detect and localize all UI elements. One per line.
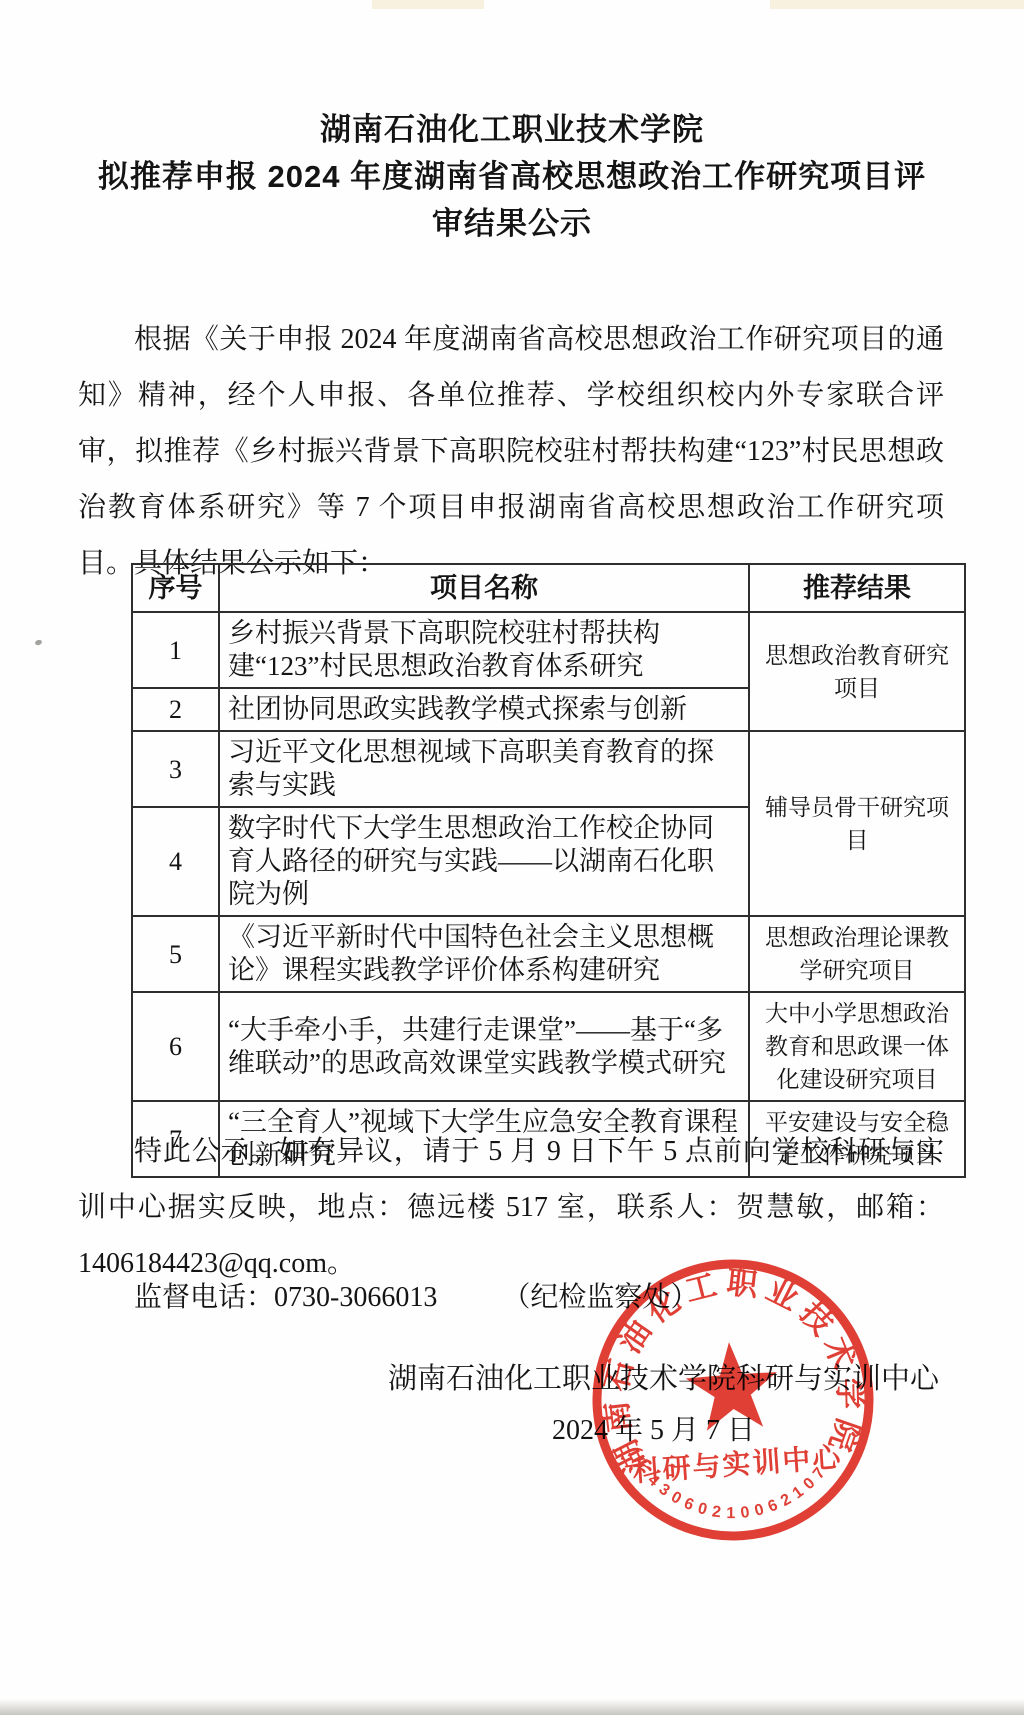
signature-org: 湖南石油化工职业技术学院科研与实训中心 (388, 1356, 939, 1397)
seal-code: 43060210062107 (643, 1459, 835, 1528)
title-line-1: 湖南石油化工职业技术学院 (78, 106, 946, 153)
cell-result: 思想政治教育研究项目 (749, 612, 965, 731)
cell-result: 思想政治理论课教学研究项目 (749, 916, 965, 992)
title-line-3: 审结果公示 (78, 200, 946, 247)
table-row: 6“大手牵小手，共建行走课堂”——基于“多维联动”的思政高效课堂实践教学模式研究… (132, 992, 965, 1101)
supervision-line: 监督电话：0730-3066013 （纪检监察处） (78, 1278, 698, 1318)
svg-text:43060210062107: 43060210062107 (643, 1459, 835, 1528)
results-table: 序号项目名称推荐结果 1乡村振兴背景下高职院校驻村帮扶构建“123”村民思想政治… (131, 563, 966, 1178)
cell-name: 社团协同思政实践教学模式探索与创新 (219, 688, 749, 731)
title-line-2: 拟推荐申报 2024 年度湖南省高校思想政治工作研究项目评 (78, 153, 946, 200)
scan-artifact-dot (34, 639, 42, 646)
cell-name: “大手牵小手，共建行走课堂”——基于“多维联动”的思政高效课堂实践教学模式研究 (219, 992, 749, 1101)
supervision-phone: 监督电话：0730-3066013 (134, 1282, 437, 1313)
closing-paragraph: 特此公示。如有异议，请于 5 月 9 日下午 5 点前向学校科研与实训中心据实反… (78, 1124, 944, 1292)
cell-result: 大中小学思想政治教育和思政课一体化建设研究项目 (749, 992, 965, 1101)
cell-name: 《习近平新时代中国特色社会主义思想概论》课程实践教学评价体系构建研究 (219, 916, 749, 992)
cell-name: 乡村振兴背景下高职院校驻村帮扶构建“123”村民思想政治教育体系研究 (219, 612, 749, 688)
table-row: 5《习近平新时代中国特色社会主义思想概论》课程实践教学评价体系构建研究思想政治理… (132, 916, 965, 992)
results-table-body: 1乡村振兴背景下高职院校驻村帮扶构建“123”村民思想政治教育体系研究思想政治教… (132, 612, 965, 1177)
header-cell: 推荐结果 (749, 564, 965, 612)
scan-shadow (0, 1699, 1024, 1715)
cell-no: 1 (132, 612, 219, 688)
intro-paragraph: 根据《关于申报 2024 年度湖南省高校思想政治工作研究项目的通知》精神，经个人… (78, 312, 944, 592)
supervision-dept: （纪检监察处） (502, 1282, 698, 1313)
seal-center-text: 科研与实训中心 (632, 1442, 844, 1488)
page-title: 湖南石油化工职业技术学院 拟推荐申报 2024 年度湖南省高校思想政治工作研究项… (78, 106, 946, 247)
header-cell: 序号 (132, 564, 219, 612)
cell-no: 4 (132, 807, 219, 916)
table-row: 1乡村振兴背景下高职院校驻村帮扶构建“123”村民思想政治教育体系研究思想政治教… (132, 612, 965, 688)
results-table-header-row: 序号项目名称推荐结果 (132, 564, 965, 612)
announcement-page: 湖南石油化工职业技术学院 拟推荐申报 2024 年度湖南省高校思想政治工作研究项… (0, 0, 1024, 1715)
cell-no: 2 (132, 688, 219, 731)
cell-name: 习近平文化思想视域下高职美育教育的探索与实践 (219, 731, 749, 807)
signature-date: 2024 年 5 月 7 日 (552, 1408, 755, 1448)
cell-result: 辅导员骨干研究项目 (749, 731, 965, 916)
cell-no: 6 (132, 992, 219, 1101)
cell-no: 5 (132, 916, 219, 992)
cell-no: 3 (132, 731, 219, 807)
cell-name: 数字时代下大学生思想政治工作校企协同育人路径的研究与实践——以湖南石化职院为例 (219, 807, 749, 916)
scan-tint-strip (372, 0, 484, 9)
scan-tint-strip (770, 0, 1024, 9)
table-row: 3习近平文化思想视域下高职美育教育的探索与实践辅导员骨干研究项目 (132, 731, 965, 807)
header-cell: 项目名称 (219, 564, 749, 612)
